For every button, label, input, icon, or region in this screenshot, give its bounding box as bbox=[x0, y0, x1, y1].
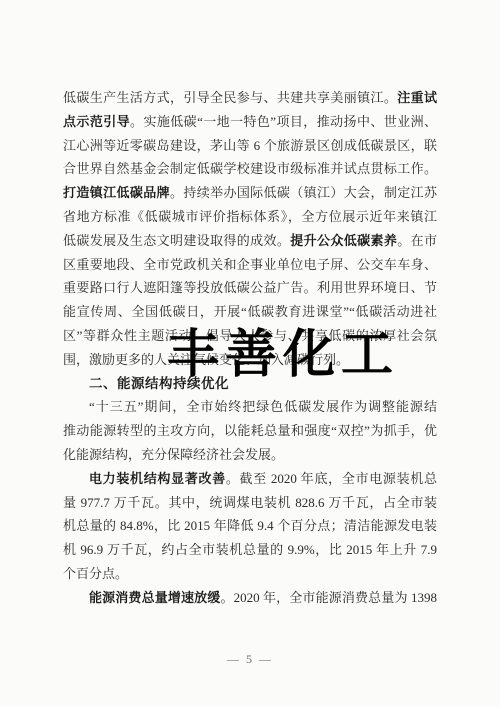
text-segment: 重要路口行人遮阳篷等投放低碳公益广告。利用世界环境日、节 bbox=[63, 280, 437, 295]
text-line: 化能源结构，充分保障经济社会发展。 bbox=[63, 443, 437, 467]
bold-phrase: 注重试 bbox=[397, 90, 437, 105]
text-segment: 能宣传周、全国低碳日，开展“低碳教育进课堂”“低碳活动进社 bbox=[63, 304, 437, 319]
watermark: 丰善化工 bbox=[167, 329, 399, 381]
text-line: 个百分点。 bbox=[63, 562, 437, 586]
text-line: 机 96.9 万千瓦，约占全市装机总量的 9.9%，比 2015 年上升 7.9 bbox=[63, 538, 437, 562]
text-line: 推动能源转型的主攻方向，以能耗总量和强度“双控”为抓手，优 bbox=[63, 419, 437, 443]
text-segment: 。持续举办国际低碳（镇江）大会，制定江苏 bbox=[170, 185, 437, 200]
text-segment: 。2020 年，全市能源消费总量为 1398 bbox=[220, 590, 437, 605]
text-line: 低碳发展及生态文明建设取得的成效。提升公众低碳素养。在市 bbox=[63, 229, 437, 253]
text-segment: 合世界自然基金会制定低碳学校建设市级标准并试点贯标工作。 bbox=[63, 161, 437, 176]
text-segment: 机 96.9 万千瓦，约占全市装机总量的 9.9%，比 2015 年上升 7.9 bbox=[63, 542, 437, 557]
document-page: 低碳生产生活方式，引导全民参与、共建共享美丽镇江。注重试点示范引导。实施低碳“一… bbox=[0, 0, 500, 707]
bold-phrase: 提升公众低碳素养 bbox=[290, 233, 397, 248]
text-segment: 机总量的 84.8%，比 2015 年降低 9.4 个百分点；清洁能源发电装 bbox=[63, 518, 437, 533]
text-segment: 推动能源转型的主攻方向，以能耗总量和强度“双控”为抓手，优 bbox=[63, 423, 437, 438]
bold-phrase: 打造镇江低碳品牌 bbox=[63, 185, 170, 200]
text-line: 合世界自然基金会制定低碳学校建设市级标准并试点贯标工作。 bbox=[63, 157, 437, 181]
text-segment: 。截至 2020 年底，全市电源装机总 bbox=[226, 471, 437, 486]
text-segment: 。在市 bbox=[397, 233, 437, 248]
text-segment: 低碳发展及生态文明建设取得的成效。 bbox=[63, 233, 290, 248]
text-segment: “十三五”期间，全市始终把绿色低碳发展作为调整能源结构、 bbox=[63, 399, 437, 419]
text-line: 低碳生产生活方式，引导全民参与、共建共享美丽镇江。注重试 bbox=[63, 86, 437, 110]
text-line: 省地方标准《低碳城市评价指标体系》，全方位展示近年来镇江 bbox=[63, 205, 437, 229]
text-line: 江心洲等近零碳岛建设，茅山等 6 个旅游景区创成低碳景区，联 bbox=[63, 134, 437, 158]
bold-phrase: 能源消费总量增速放缓 bbox=[89, 590, 220, 605]
bold-phrase: 电力装机结构显著改善 bbox=[89, 471, 226, 486]
bold-phrase: 点示范引导 bbox=[63, 114, 130, 129]
text-line: 能宣传周、全国低碳日，开展“低碳教育进课堂”“低碳活动进社 bbox=[63, 300, 437, 324]
text-segment: 区重要地段、全市党政机关和企事业单位电子屏、公交车车身、 bbox=[63, 257, 437, 272]
text-line: 打造镇江低碳品牌。持续举办国际低碳（镇江）大会，制定江苏 bbox=[63, 181, 437, 205]
text-line: 机总量的 84.8%，比 2015 年降低 9.4 个百分点；清洁能源发电装 bbox=[63, 514, 437, 538]
text-line: 能源消费总量增速放缓。2020 年，全市能源消费总量为 1398 bbox=[63, 586, 437, 610]
text-segment: 量 977.7 万千瓦。其中，统调煤电装机 828.6 万千瓦，占全市装 bbox=[63, 495, 437, 510]
text-segment: 个百分点。 bbox=[63, 566, 128, 581]
text-segment: 江心洲等近零碳岛建设，茅山等 6 个旅游景区创成低碳景区，联 bbox=[63, 138, 437, 153]
text-segment: 。实施低碳“一地一特色”项目，推动扬中、世业洲、 bbox=[130, 114, 437, 129]
text-line: “十三五”期间，全市始终把绿色低碳发展作为调整能源结构、 bbox=[63, 395, 437, 419]
text-line: 电力装机结构显著改善。截至 2020 年底，全市电源装机总 bbox=[63, 467, 437, 491]
text-line: 量 977.7 万千瓦。其中，统调煤电装机 828.6 万千瓦，占全市装 bbox=[63, 491, 437, 515]
text-line: 重要路口行人遮阳篷等投放低碳公益广告。利用世界环境日、节 bbox=[63, 276, 437, 300]
text-segment: 化能源结构，充分保障经济社会发展。 bbox=[63, 447, 284, 462]
page-number: — 5 — bbox=[0, 652, 500, 667]
text-line: 点示范引导。实施低碳“一地一特色”项目，推动扬中、世业洲、 bbox=[63, 110, 437, 134]
text-line: 区重要地段、全市党政机关和企事业单位电子屏、公交车车身、 bbox=[63, 253, 437, 277]
text-segment: 低碳生产生活方式，引导全民参与、共建共享美丽镇江。 bbox=[63, 90, 397, 105]
text-segment: 省地方标准《低碳城市评价指标体系》，全方位展示近年来镇江 bbox=[63, 209, 437, 224]
